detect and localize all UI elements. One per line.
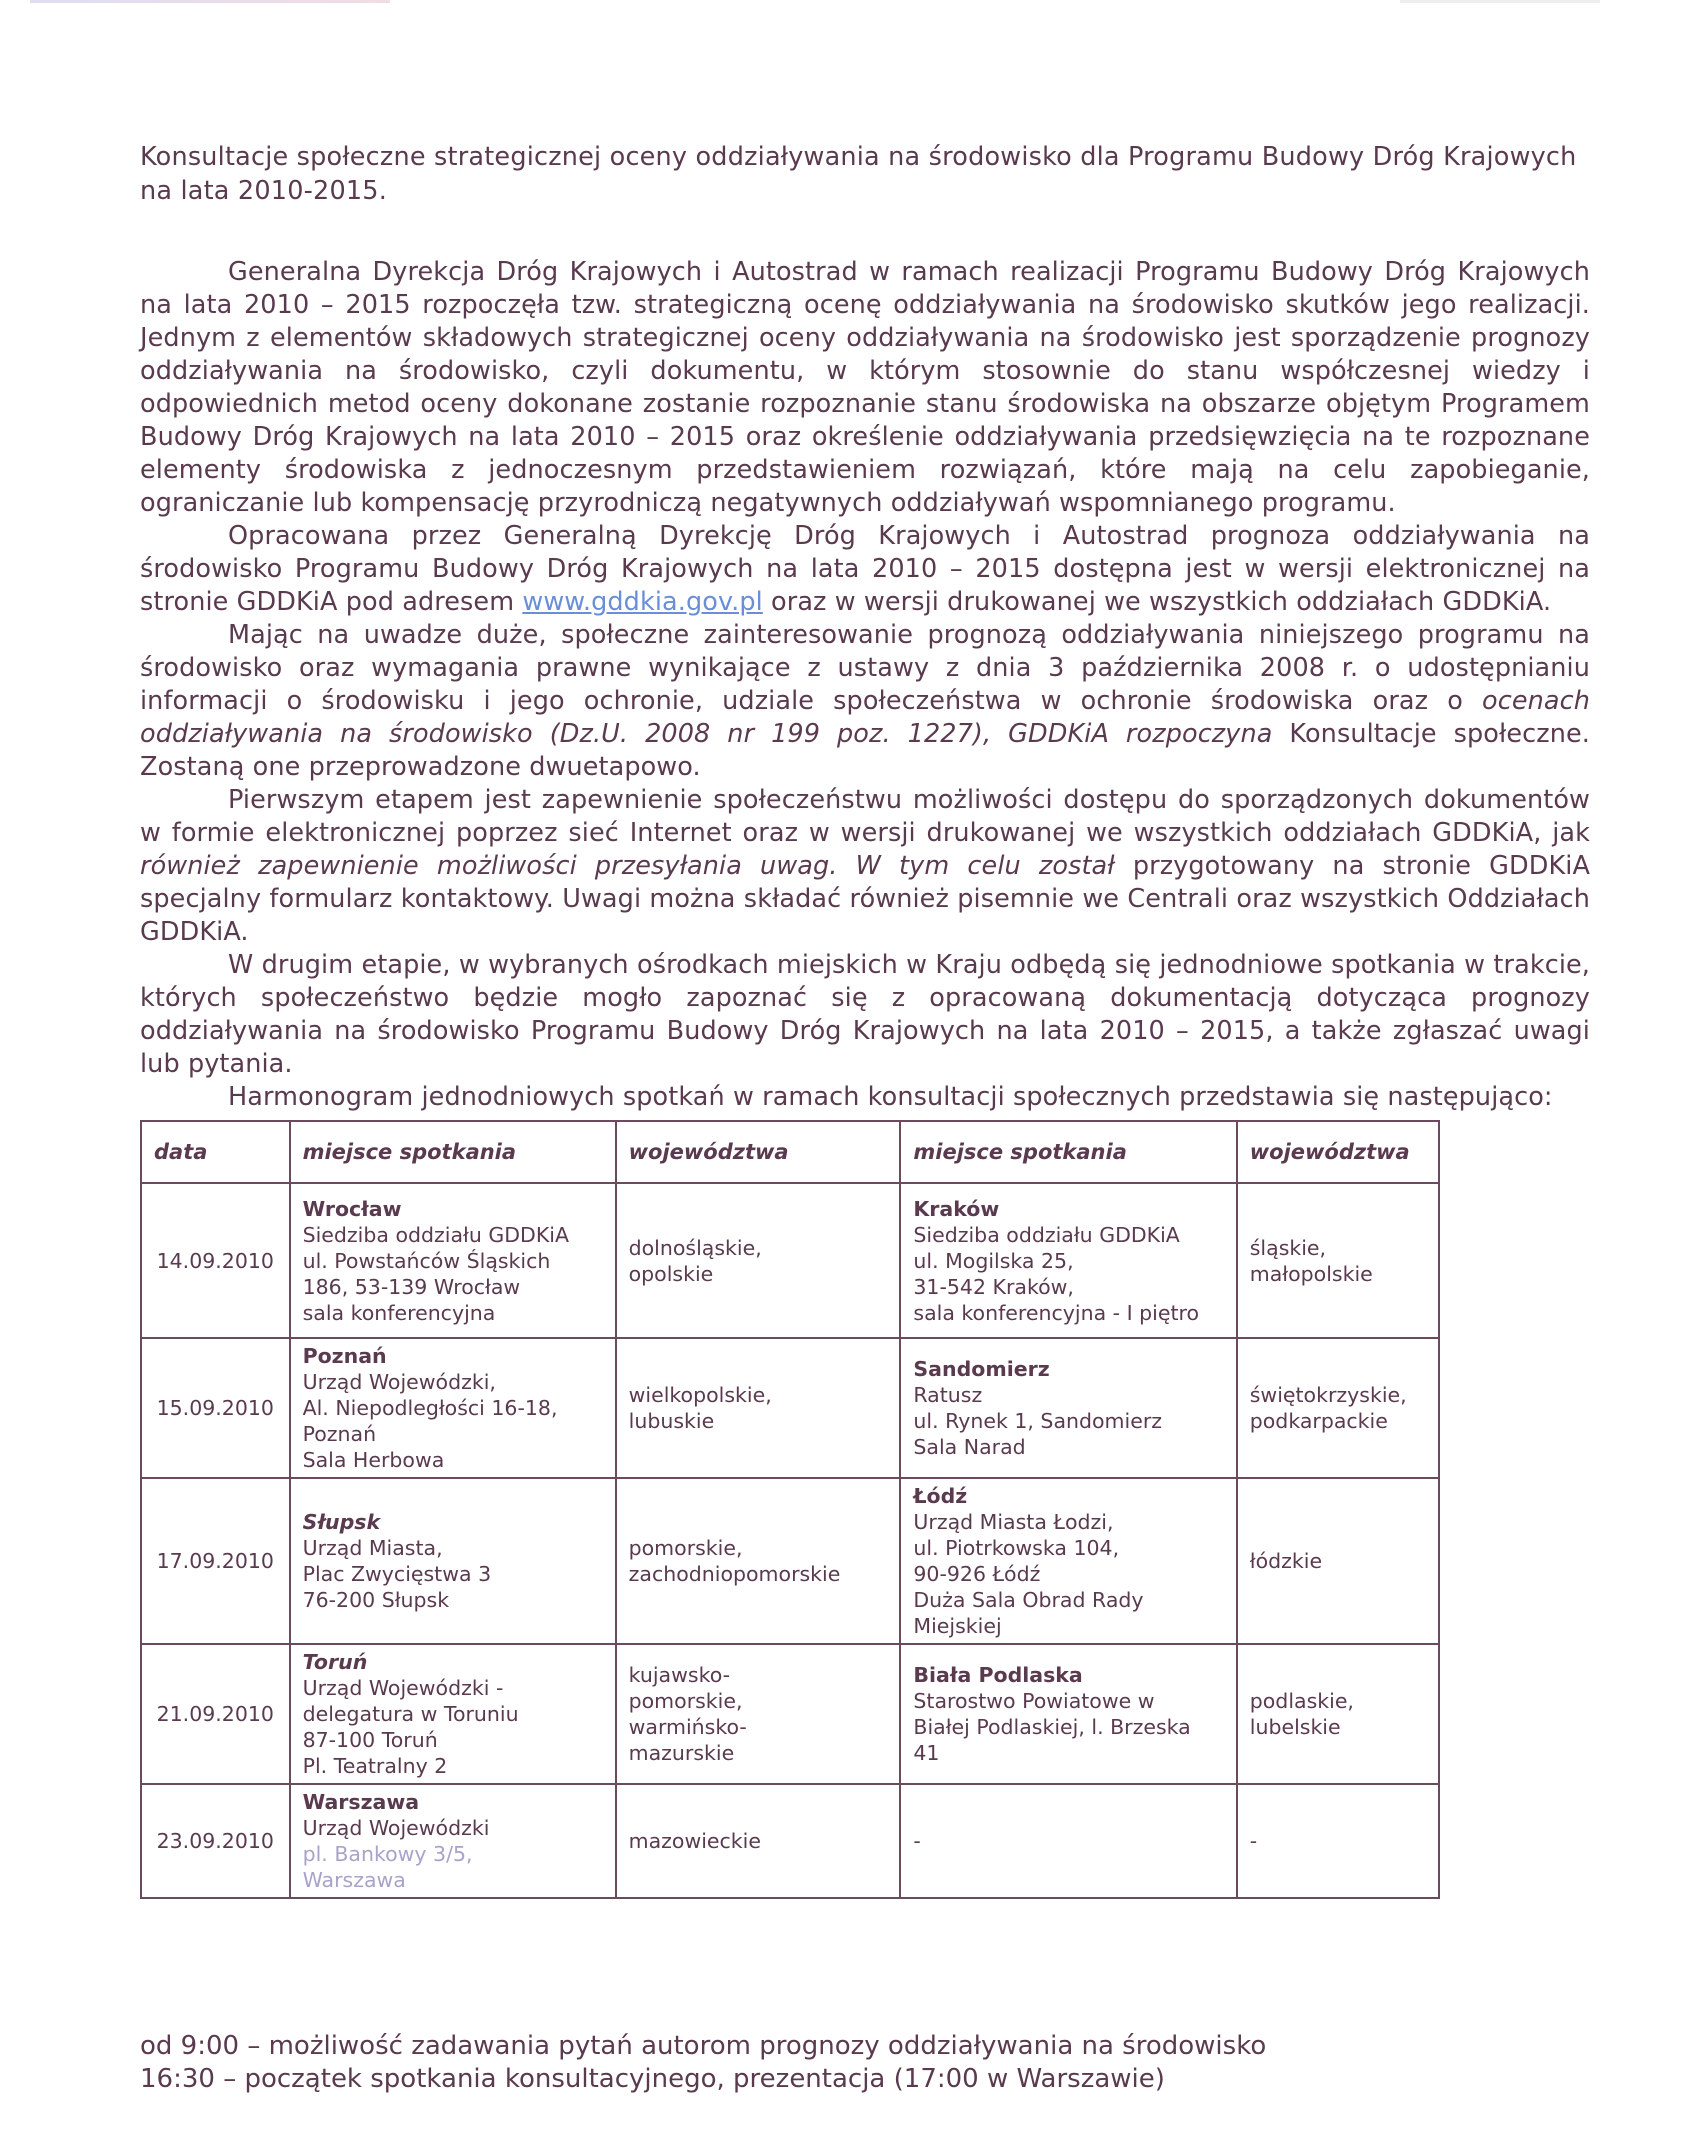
- voivodeship: lubuskie: [629, 1408, 888, 1434]
- scan-artifact: [1400, 0, 1600, 3]
- address-line: 186, 53-139 Wrocław: [303, 1274, 603, 1300]
- address-line: ul. Mogilska 25,: [913, 1248, 1223, 1274]
- address-line: delegatura w Toruniu: [303, 1701, 603, 1727]
- document-page: Konsultacje społeczne strategicznej ocen…: [140, 140, 1590, 1899]
- address-line: Ratusz: [913, 1382, 1223, 1408]
- voivodeship: małopolskie: [1250, 1261, 1426, 1287]
- paragraph-legal: Mając na uwadze duże, społeczne zaintere…: [140, 619, 1590, 784]
- voivodeship: opolskie: [629, 1261, 888, 1287]
- cell-voivodeships: dolnośląskie,opolskie: [616, 1183, 901, 1338]
- voivodeship: -: [1250, 1828, 1426, 1854]
- cell-place: ToruńUrząd Wojewódzki -delegatura w Toru…: [290, 1644, 616, 1784]
- city-name: Sandomierz: [913, 1356, 1223, 1382]
- address-line: 76-200 Słupsk: [303, 1587, 603, 1613]
- header-place-2: miejsce spotkania: [900, 1121, 1236, 1183]
- city-name: Poznań: [303, 1343, 603, 1369]
- cell-voivodeships-2: śląskie,małopolskie: [1237, 1183, 1439, 1338]
- cell-place-2: SandomierzRatuszul. Rynek 1, SandomierzS…: [900, 1338, 1236, 1478]
- cell-place: WarszawaUrząd Wojewódzkipl. Bankowy 3/5,…: [290, 1784, 616, 1898]
- address-line: ul. Powstańców Śląskich: [303, 1248, 603, 1274]
- address-line: Białej Podlaskiej, l. Brzeska: [913, 1714, 1223, 1740]
- header-date: data: [141, 1121, 290, 1183]
- address-line: 31-542 Kraków,: [913, 1274, 1223, 1300]
- address-line: Starostwo Powiatowe w: [913, 1688, 1223, 1714]
- cell-place-2: ŁódźUrząd Miasta Łodzi,ul. Piotrkowska 1…: [900, 1478, 1236, 1644]
- table-row: 17.09.2010SłupskUrząd Miasta,Plac Zwycię…: [141, 1478, 1439, 1644]
- address-line: Warszawa: [303, 1867, 603, 1893]
- address-line: sala konferencyjna: [303, 1300, 603, 1326]
- cell-date: 17.09.2010: [141, 1478, 290, 1644]
- voivodeship: kujawsko-: [629, 1662, 888, 1688]
- address-line: Urząd Wojewódzki: [303, 1815, 603, 1841]
- address-line: 41: [913, 1740, 1223, 1766]
- address-line: Siedziba oddziału GDDKiA: [303, 1222, 603, 1248]
- cell-date: 14.09.2010: [141, 1183, 290, 1338]
- cell-voivodeships-2: świętokrzyskie,podkarpackie: [1237, 1338, 1439, 1478]
- voivodeship: podlaskie,: [1250, 1688, 1426, 1714]
- voivodeship: wielkopolskie,: [629, 1382, 888, 1408]
- voivodeship: świętokrzyskie,: [1250, 1382, 1426, 1408]
- cell-date: 21.09.2010: [141, 1644, 290, 1784]
- cell-place: PoznańUrząd Wojewódzki,Al. Niepodległośc…: [290, 1338, 616, 1478]
- note-morning: od 9:00 – możliwość zadawania pytań auto…: [140, 2030, 1266, 2063]
- cell-place: WrocławSiedziba oddziału GDDKiAul. Powst…: [290, 1183, 616, 1338]
- address-line: 90-926 Łódź: [913, 1561, 1223, 1587]
- cell-voivodeships: pomorskie,zachodniopomorskie: [616, 1478, 901, 1644]
- cell-place-2: Biała PodlaskaStarostwo Powiatowe wBiałe…: [900, 1644, 1236, 1784]
- address-line: 87-100 Toruń: [303, 1727, 603, 1753]
- cell-place-2: KrakówSiedziba oddziału GDDKiAul. Mogils…: [900, 1183, 1236, 1338]
- voivodeship: zachodniopomorskie: [629, 1561, 888, 1587]
- address-line: Urząd Wojewódzki -: [303, 1675, 603, 1701]
- table-row: 14.09.2010WrocławSiedziba oddziału GDDKi…: [141, 1183, 1439, 1338]
- header-voivodeships: województwa: [616, 1121, 901, 1183]
- table-row: 21.09.2010ToruńUrząd Wojewódzki -delegat…: [141, 1644, 1439, 1784]
- voivodeship: mazowieckie: [629, 1828, 888, 1854]
- paragraph-intro: Generalna Dyrekcja Dróg Krajowych i Auto…: [140, 256, 1590, 520]
- city-name: Łódź: [913, 1483, 1223, 1509]
- address-line: pl. Bankowy 3/5,: [303, 1841, 603, 1867]
- city-name: Biała Podlaska: [913, 1662, 1223, 1688]
- meeting-schedule-table: data miejsce spotkania województwa miejs…: [140, 1120, 1440, 1899]
- address-line: Urząd Miasta Łodzi,: [913, 1509, 1223, 1535]
- cell-voivodeships: kujawsko-pomorskie,warmińsko-mazurskie: [616, 1644, 901, 1784]
- voivodeship: podkarpackie: [1250, 1408, 1426, 1434]
- cell-place-2: -: [900, 1784, 1236, 1898]
- address-line: Al. Niepodległości 16-18,: [303, 1395, 603, 1421]
- paragraph-stage-two: W drugim etapie, w wybranych ośrodkach m…: [140, 949, 1590, 1081]
- address-line: Duża Sala Obrad Rady: [913, 1587, 1223, 1613]
- cell-voivodeships: mazowieckie: [616, 1784, 901, 1898]
- scan-artifact: [30, 0, 390, 3]
- address-line: Siedziba oddziału GDDKiA: [913, 1222, 1223, 1248]
- address-line: Miejskiej: [913, 1613, 1223, 1639]
- cell-voivodeships-2: -: [1237, 1784, 1439, 1898]
- voivodeship: dolnośląskie,: [629, 1235, 888, 1261]
- voivodeship: śląskie,: [1250, 1235, 1426, 1261]
- cell-place: SłupskUrząd Miasta,Plac Zwycięstwa 376-2…: [290, 1478, 616, 1644]
- address-line: -: [913, 1828, 1223, 1854]
- address-line: ul. Piotrkowska 104,: [913, 1535, 1223, 1561]
- text: Pierwszym etapem jest zapewnienie społec…: [140, 785, 1590, 848]
- address-line: Sala Narad: [913, 1434, 1223, 1460]
- paragraph-stage-one: Pierwszym etapem jest zapewnienie społec…: [140, 784, 1590, 949]
- text: Mając na uwadze duże, społeczne zaintere…: [140, 620, 1590, 716]
- city-name: Kraków: [913, 1196, 1223, 1222]
- schedule-notes: od 9:00 – możliwość zadawania pytań auto…: [140, 2030, 1266, 2096]
- address-line: Urząd Wojewódzki,: [303, 1369, 603, 1395]
- voivodeship: pomorskie,: [629, 1535, 888, 1561]
- gddkia-link[interactable]: www.gddkia.gov.pl: [522, 587, 762, 617]
- paragraph-schedule-intro: Harmonogram jednodniowych spotkań w rama…: [140, 1081, 1590, 1114]
- cell-voivodeships-2: podlaskie,lubelskie: [1237, 1644, 1439, 1784]
- header-place: miejsce spotkania: [290, 1121, 616, 1183]
- text-italic: również zapewnienie możliwości przesyłan…: [140, 851, 1115, 881]
- address-line: Urząd Miasta,: [303, 1535, 603, 1561]
- voivodeship: lubelskie: [1250, 1714, 1426, 1740]
- table-row: 15.09.2010PoznańUrząd Wojewódzki,Al. Nie…: [141, 1338, 1439, 1478]
- address-line: ul. Rynek 1, Sandomierz: [913, 1408, 1223, 1434]
- address-line: Sala Herbowa: [303, 1447, 603, 1473]
- city-name: Słupsk: [303, 1509, 603, 1535]
- voivodeship: pomorskie,: [629, 1688, 888, 1714]
- note-afternoon: 16:30 – początek spotkania konsultacyjne…: [140, 2063, 1266, 2096]
- cell-voivodeships: wielkopolskie,lubuskie: [616, 1338, 901, 1478]
- voivodeship: mazurskie: [629, 1740, 888, 1766]
- paragraph-availability: Opracowana przez Generalną Dyrekcję Dróg…: [140, 520, 1590, 619]
- address-line: Pl. Teatralny 2: [303, 1753, 603, 1779]
- cell-date: 23.09.2010: [141, 1784, 290, 1898]
- address-line: Plac Zwycięstwa 3: [303, 1561, 603, 1587]
- text: oraz w wersji drukowanej we wszystkich o…: [763, 587, 1551, 617]
- voivodeship: warmińsko-: [629, 1714, 888, 1740]
- table-row: 23.09.2010WarszawaUrząd Wojewódzkipl. Ba…: [141, 1784, 1439, 1898]
- table-header-row: data miejsce spotkania województwa miejs…: [141, 1121, 1439, 1183]
- address-line: sala konferencyjna - I piętro: [913, 1300, 1223, 1326]
- document-title: Konsultacje społeczne strategicznej ocen…: [140, 140, 1590, 208]
- city-name: Warszawa: [303, 1789, 603, 1815]
- address-line: Poznań: [303, 1421, 603, 1447]
- city-name: Toruń: [303, 1649, 603, 1675]
- cell-voivodeships-2: łódzkie: [1237, 1478, 1439, 1644]
- city-name: Wrocław: [303, 1196, 603, 1222]
- voivodeship: łódzkie: [1250, 1548, 1426, 1574]
- cell-date: 15.09.2010: [141, 1338, 290, 1478]
- header-voivodeships-2: województwa: [1237, 1121, 1439, 1183]
